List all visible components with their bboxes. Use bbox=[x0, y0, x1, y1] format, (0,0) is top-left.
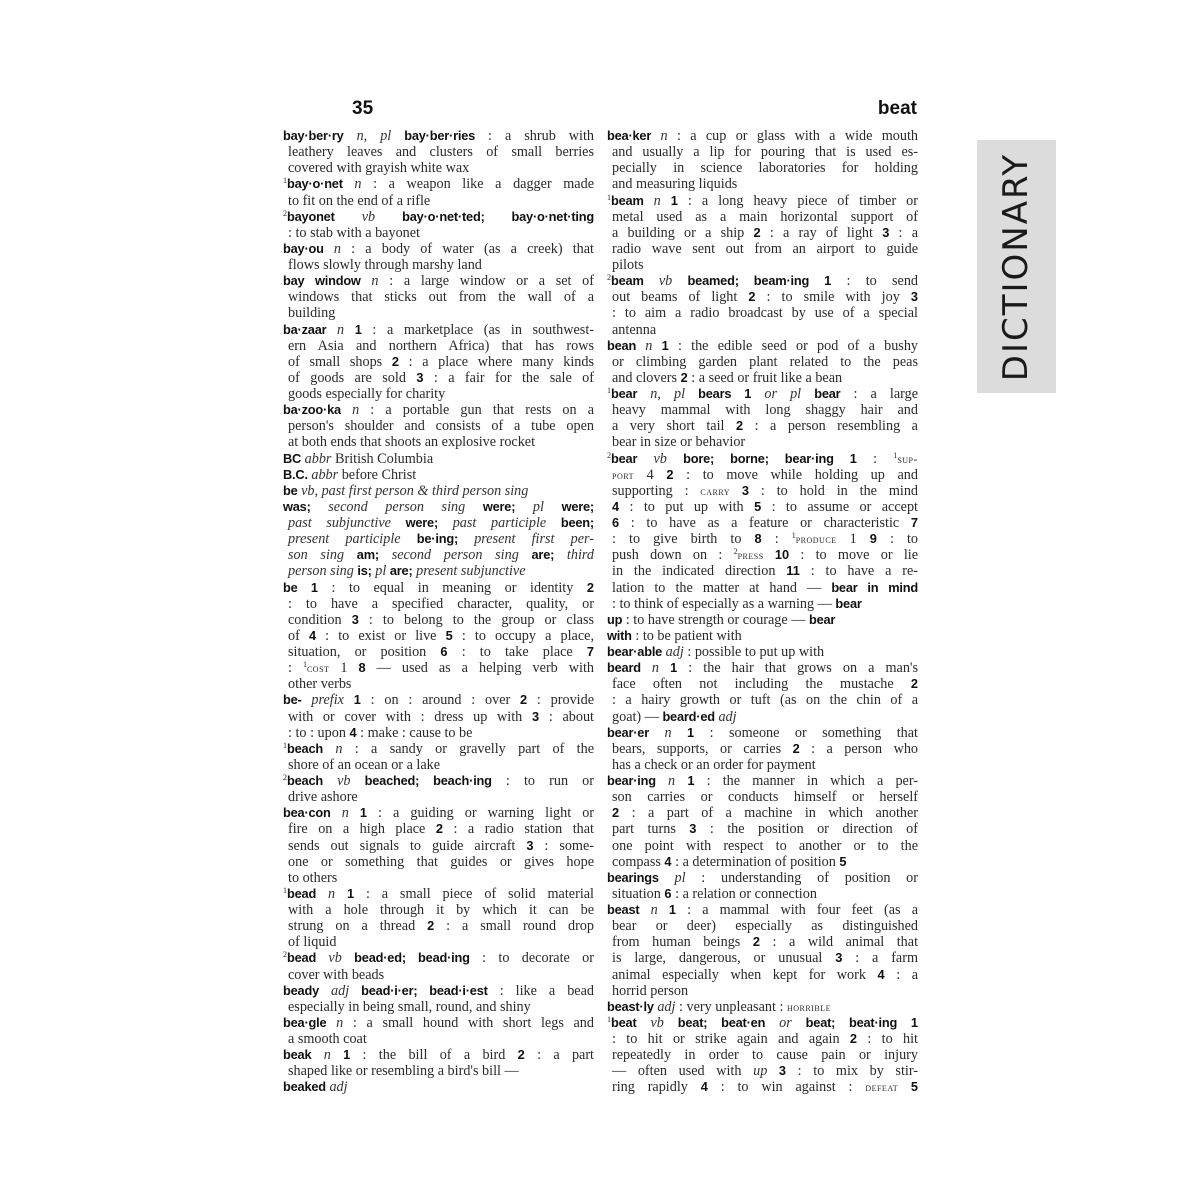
definition-text: : to think of especially as a warning — bbox=[612, 596, 835, 612]
sense-number: 3 bbox=[779, 1063, 786, 1078]
entry-continuation: 6 : to have as a feature or characterist… bbox=[607, 515, 918, 531]
definition-text: : possible to put up with bbox=[684, 644, 824, 660]
part-of-speech: or bbox=[765, 1015, 805, 1031]
definition-text: : a radio station that bbox=[443, 821, 594, 837]
headword: bay·ber·ries bbox=[404, 128, 475, 143]
definition-text: or climbing garden plant related to the … bbox=[612, 354, 918, 370]
definition-text: a building or a ship bbox=[612, 225, 754, 241]
headword: beam bbox=[611, 273, 644, 288]
entry-continuation: lation to the matter at hand — bear in m… bbox=[607, 580, 918, 596]
sense-number: 4 bbox=[309, 628, 316, 643]
definition-text: : a mammal with four feet (as a bbox=[676, 902, 918, 918]
definition-text: of bbox=[288, 628, 309, 644]
part-of-speech: n bbox=[343, 176, 362, 192]
definition-text: : a fair for the sale of bbox=[423, 370, 594, 386]
entry-continuation: and usually a lip for pouring that is us… bbox=[607, 144, 918, 160]
cross-reference: carry bbox=[700, 484, 741, 498]
entry-continuation: : to think of especially as a warning — … bbox=[607, 596, 918, 612]
definition-text: : to stab with a bayonet bbox=[288, 225, 420, 241]
entry-continuation: condition 3 : to belong to the group or … bbox=[283, 612, 594, 628]
headword: beard bbox=[607, 660, 641, 675]
definition-text: strung on a thread bbox=[288, 918, 427, 934]
definition-text: fire on a high place bbox=[288, 821, 436, 837]
headword: BC bbox=[283, 451, 301, 466]
part-of-speech: pl bbox=[372, 563, 390, 579]
entry-continuation: a smooth coat bbox=[283, 1031, 594, 1047]
sense-number: 3 bbox=[911, 289, 918, 304]
part-of-speech: up bbox=[753, 1063, 779, 1079]
headword: bore; borne; bear·ing bbox=[683, 451, 850, 466]
headword: bay window bbox=[283, 273, 361, 288]
definition-text: and clovers bbox=[612, 370, 681, 386]
definition-text: : a bbox=[889, 225, 918, 241]
entry-continuation: bear in size or behavior bbox=[607, 434, 918, 450]
entry-continuation: : to : upon 4 : make : cause to be bbox=[283, 725, 594, 741]
definition-text: : to have a re- bbox=[800, 563, 918, 579]
definition-text: bear in size or behavior bbox=[612, 434, 745, 450]
part-of-speech: abbr bbox=[308, 467, 338, 483]
entry-continuation: pecially in science laboratories for hol… bbox=[607, 160, 918, 176]
headword: bead·ed; bead·ing bbox=[354, 950, 470, 965]
entry-headline: 1beat vb beat; beat·en or beat; beat·ing… bbox=[607, 1015, 918, 1031]
part-of-speech: pl bbox=[515, 499, 561, 515]
entry-continuation: animal especially when kept for work 4 :… bbox=[607, 967, 918, 983]
definition-text: : a guiding or warning light or bbox=[367, 805, 594, 821]
entry-continuation: other verbs bbox=[283, 676, 594, 692]
entry-headline: was; second person sing were; pl were; bbox=[283, 499, 594, 515]
entry-continuation: 2 : a part of a machine in which another bbox=[607, 805, 918, 821]
entry-headline: up : to have strength or courage — bear bbox=[607, 612, 918, 628]
definition-text: : bbox=[857, 451, 893, 467]
entry-continuation: part turns 3 : the position or direction… bbox=[607, 821, 918, 837]
definition-text: situation bbox=[612, 886, 664, 902]
part-of-speech: third bbox=[554, 547, 594, 563]
definition-text: : a small round drop bbox=[434, 918, 594, 934]
entry-headline: bearings pl : understanding of position … bbox=[607, 870, 918, 886]
definition-text: : to exist or live bbox=[316, 628, 446, 644]
part-of-speech: adj bbox=[326, 1079, 348, 1095]
definition-text: and measuring liquids bbox=[612, 176, 737, 192]
definition-text: : to send bbox=[831, 273, 918, 289]
headword: beaked bbox=[283, 1079, 326, 1094]
sense-number: 1 bbox=[360, 805, 367, 820]
definition-text: face often not including the mustache bbox=[612, 676, 911, 692]
entry-continuation: building bbox=[283, 305, 594, 321]
sense-number: 2 bbox=[436, 821, 443, 836]
sense-number: 3 bbox=[742, 483, 749, 498]
entry-headline: bay·ber·ry n, pl bay·ber·ries : a shrub … bbox=[283, 128, 594, 144]
headword: beamed; beam·ing bbox=[688, 273, 825, 288]
definition-text: flows slowly through marshy land bbox=[288, 257, 482, 273]
entry-continuation: one point with respect to another or to … bbox=[607, 838, 918, 854]
headword: bean bbox=[607, 338, 636, 353]
definition-text: building bbox=[288, 305, 335, 321]
definition-text: : a large window or a set of bbox=[379, 273, 594, 289]
entry-headline: bear·ing n 1 : the manner in which a per… bbox=[607, 773, 918, 789]
dictionary-section-tab: DICTIONARY bbox=[977, 140, 1056, 393]
definition-text: : on : around : over bbox=[361, 692, 520, 708]
definition-text: : like a bead bbox=[488, 983, 594, 999]
entry-continuation: port 4 2 : to move while holding up and bbox=[607, 467, 918, 483]
sense-number: 4 bbox=[349, 725, 356, 740]
part-of-speech: second person sing bbox=[379, 547, 532, 563]
definition-text: pecially in science laboratories for hol… bbox=[612, 160, 918, 176]
sense-number: 9 bbox=[870, 531, 877, 546]
entry-continuation: : to aim a radio broadcast by use of a s… bbox=[607, 305, 918, 321]
part-of-speech: n bbox=[323, 741, 342, 757]
sense-number: 2 bbox=[518, 1047, 525, 1062]
part-of-speech: n bbox=[639, 902, 668, 918]
sense-number: 5 bbox=[839, 854, 846, 869]
entry-headline: 2bead vb bead·ed; bead·ing : to decorate… bbox=[283, 950, 594, 966]
entry-continuation: to fit on the end of a rifle bbox=[283, 193, 594, 209]
headword: bead·i·er; bead·i·est bbox=[361, 983, 488, 998]
dictionary-column-left: bay·ber·ry n, pl bay·ber·ries : a shrub … bbox=[283, 128, 594, 1096]
definition-text: : understanding of position or bbox=[686, 870, 918, 886]
entry-continuation: horrid person bbox=[607, 983, 918, 999]
entry-continuation: from human beings 2 : a wild animal that bbox=[607, 934, 918, 950]
part-of-speech: n bbox=[311, 1047, 343, 1063]
part-of-speech: adj bbox=[715, 709, 737, 725]
entry-headline: bea·ker n : a cup or glass with a wide m… bbox=[607, 128, 918, 144]
entry-continuation: bears, supports, or carries 2 : a person… bbox=[607, 741, 918, 757]
entry-continuation: to others bbox=[283, 870, 594, 886]
entry-continuation: heavy mammal with long shaggy hair and bbox=[607, 402, 918, 418]
part-of-speech: vb bbox=[637, 451, 683, 467]
part-of-speech: second person sing bbox=[311, 499, 483, 515]
sense-number: 1 bbox=[662, 338, 669, 353]
entry-continuation: with or cover with : dress up with 3 : a… bbox=[283, 709, 594, 725]
definition-text: horrid person bbox=[612, 983, 688, 999]
part-of-speech: adj bbox=[654, 999, 676, 1015]
entry-continuation: ern Asia and northern Africa) that has r… bbox=[283, 338, 594, 354]
cross-reference: sup- bbox=[897, 452, 918, 466]
headword: bay·o·net bbox=[287, 176, 343, 191]
part-of-speech: or pl bbox=[751, 386, 814, 402]
entry-continuation: in the indicated direction 11 : to have … bbox=[607, 563, 918, 579]
definition-text: is large, dangerous, or unusual bbox=[612, 950, 835, 966]
headword: been; bbox=[561, 515, 594, 530]
entry-continuation: supporting : carry 3 : to hold in the mi… bbox=[607, 483, 918, 499]
definition-text: : a small hound with short legs and bbox=[343, 1015, 594, 1031]
definition-text: from human beings bbox=[612, 934, 753, 950]
definition-text: sends out signals to guide aircraft bbox=[288, 838, 526, 854]
sense-number: 2 bbox=[793, 741, 800, 756]
part-of-speech: son sing bbox=[288, 547, 357, 563]
part-of-speech: n bbox=[656, 773, 687, 789]
definition-text: : to have a specified character, quality… bbox=[288, 596, 594, 612]
entry-continuation: goat) — beard·ed adj bbox=[607, 709, 918, 725]
definition-text: before Christ bbox=[338, 467, 416, 483]
headword: ba·zaar bbox=[283, 322, 326, 337]
cross-reference: press bbox=[738, 548, 775, 562]
definition-text: : a bbox=[885, 967, 918, 983]
definition-text: : a large bbox=[840, 386, 918, 402]
headword: were; bbox=[562, 499, 594, 514]
definition-text: : to move or lie bbox=[789, 547, 918, 563]
definition-text: : the bill of a bird bbox=[350, 1047, 517, 1063]
definition-text: goods especially for charity bbox=[288, 386, 445, 402]
definition-text: : the position or direction of bbox=[696, 821, 918, 837]
definition-text: : a relation or connection bbox=[672, 886, 817, 902]
entry-continuation: present participle be·ing; present first… bbox=[283, 531, 594, 547]
entry-continuation: push down on : 2press 10 : to move or li… bbox=[607, 547, 918, 563]
definition-text: : to be patient with bbox=[632, 628, 742, 644]
entry-continuation: of small shops 2 : a place where many ki… bbox=[283, 354, 594, 370]
dictionary-column-right: bea·ker n : a cup or glass with a wide m… bbox=[607, 128, 918, 1096]
definition-text: especially in being small, round, and sh… bbox=[288, 999, 531, 1015]
entry-headline: B.C. abbr before Christ bbox=[283, 467, 594, 483]
headword: ba·zoo·ka bbox=[283, 402, 341, 417]
entry-headline: beard n 1 : the hair that grows on a man… bbox=[607, 660, 918, 676]
definition-text: person's shoulder and consists of a tube… bbox=[288, 418, 594, 434]
headword: bear·er bbox=[607, 725, 649, 740]
entry-headline: 2beach vb beached; beach·ing : to run or bbox=[283, 773, 594, 789]
part-of-speech: n bbox=[636, 338, 662, 354]
definition-text: : to take place bbox=[448, 644, 587, 660]
definition-text: bears, supports, or carries bbox=[612, 741, 793, 757]
part-of-speech: n, pl bbox=[344, 128, 405, 144]
entry-headline: bay·ou n : a body of water (as a creek) … bbox=[283, 241, 594, 257]
definition-text: covered with grayish white wax bbox=[288, 160, 469, 176]
entry-headline: 1bead n 1 : a small piece of solid mater… bbox=[283, 886, 594, 902]
entry-continuation: of 4 : to exist or live 5 : to occupy a … bbox=[283, 628, 594, 644]
headword: beam bbox=[611, 193, 644, 208]
definition-text: a very short tail bbox=[612, 418, 736, 434]
definition-text: : some- bbox=[533, 838, 594, 854]
headword: beard·ed bbox=[662, 709, 714, 724]
sense-number: 1 bbox=[911, 1015, 918, 1030]
definition-text: : to occupy a place, bbox=[453, 628, 594, 644]
entry-continuation: of goods are sold 3 : a fair for the sal… bbox=[283, 370, 594, 386]
definition-text: : a seed or fruit like a bean bbox=[688, 370, 842, 386]
entry-continuation: has a check or an order for payment bbox=[607, 757, 918, 773]
entry-headline: ba·zaar n 1 : a marketplace (as in south… bbox=[283, 322, 594, 338]
definition-text: radio wave sent out from an airport to g… bbox=[612, 241, 918, 257]
headword: be bbox=[283, 483, 298, 498]
part-of-speech: present subjunctive bbox=[413, 563, 526, 579]
definition-text: : to give birth to bbox=[612, 531, 755, 547]
entry-headline: bean n 1 : the edible seed or pod of a b… bbox=[607, 338, 918, 354]
headword: bear bbox=[835, 596, 861, 611]
sense-number: 2 bbox=[753, 934, 760, 949]
entry-headline: 1beam n 1 : a long heavy piece of timber… bbox=[607, 193, 918, 209]
definition-text: repeatedly in order to cause pain or inj… bbox=[612, 1047, 918, 1063]
entry-continuation: of liquid bbox=[283, 934, 594, 950]
definition-text: supporting : bbox=[612, 483, 700, 499]
part-of-speech: n bbox=[341, 402, 359, 418]
entry-continuation: a building or a ship 2 : a ray of light … bbox=[607, 225, 918, 241]
definition-text: : to smile with joy bbox=[756, 289, 911, 305]
definition-text: : the manner in which a per- bbox=[694, 773, 918, 789]
headword: beast bbox=[607, 902, 639, 917]
headword: be bbox=[283, 580, 311, 595]
entry-headline: 1bear n, pl bears 1 or pl bear : a large bbox=[607, 386, 918, 402]
headword: beady bbox=[283, 983, 319, 998]
definition-text: : a sandy or gravelly part of the bbox=[342, 741, 594, 757]
sense-number: 3 bbox=[352, 612, 359, 627]
definition-text: : a ray of light bbox=[761, 225, 883, 241]
headword: bea·gle bbox=[283, 1015, 326, 1030]
part-of-speech: n bbox=[316, 886, 347, 902]
part-of-speech: vb bbox=[644, 273, 688, 289]
entry-continuation: ring rapidly 4 : to win against : defeat… bbox=[607, 1079, 918, 1095]
part-of-speech: vb bbox=[323, 773, 365, 789]
entry-continuation: antenna bbox=[607, 322, 918, 338]
definition-text: : a wild animal that bbox=[760, 934, 918, 950]
entry-continuation: a very short tail 2 : a person resemblin… bbox=[607, 418, 918, 434]
definition-text: of liquid bbox=[288, 934, 336, 950]
entry-continuation: 4 : to put up with 5 : to assume or acce… bbox=[607, 499, 918, 515]
headword: beached; beach·ing bbox=[365, 773, 492, 788]
sense-number: 7 bbox=[587, 644, 594, 659]
entry-continuation: person's shoulder and consists of a tube… bbox=[283, 418, 594, 434]
definition-text: bear or deer) especially as distinguishe… bbox=[612, 918, 918, 934]
definition-text: shore of an ocean or a lake bbox=[288, 757, 440, 773]
entry-headline: beast·ly adj : very unpleasant : horribl… bbox=[607, 999, 918, 1015]
definition-text: : to equal in meaning or identity bbox=[318, 580, 587, 596]
entry-continuation: sends out signals to guide aircraft 3 : … bbox=[283, 838, 594, 854]
definition-text: : make : cause to be bbox=[357, 725, 473, 741]
sense-number: 1 bbox=[355, 322, 362, 337]
entry-headline: bea·gle n : a small hound with short leg… bbox=[283, 1015, 594, 1031]
part-of-speech: n bbox=[361, 273, 379, 289]
entry-continuation: metal used as a main horizontal support … bbox=[607, 209, 918, 225]
part-of-speech: vb, past first person & third person sin… bbox=[298, 483, 529, 499]
headword: were; bbox=[483, 499, 515, 514]
part-of-speech: n, pl bbox=[637, 386, 698, 402]
part-of-speech: vb bbox=[316, 950, 354, 966]
part-of-speech: n bbox=[326, 322, 354, 338]
cross-reference: defeat bbox=[865, 1080, 911, 1094]
part-of-speech: adj bbox=[662, 644, 684, 660]
guide-word: beat bbox=[878, 98, 917, 120]
definition-text: : to put up with bbox=[619, 499, 754, 515]
entry-headline: bear·able adj : possible to put up with bbox=[607, 644, 918, 660]
definition-text: : a cup or glass with a wide mouth bbox=[668, 128, 918, 144]
definition-text: : a determination of position bbox=[672, 854, 840, 870]
definition-text: : to move while holding up and bbox=[673, 467, 918, 483]
part-of-speech: n bbox=[649, 725, 687, 741]
part-of-speech: n bbox=[641, 660, 670, 676]
entry-continuation: : a hairy growth or tuft (as on the chin… bbox=[607, 692, 918, 708]
definition-text: : provide bbox=[527, 692, 594, 708]
sense-number: 1 bbox=[347, 886, 354, 901]
entry-continuation: drive ashore bbox=[283, 789, 594, 805]
definition-text: : to decorate or bbox=[470, 950, 594, 966]
headword: bear bbox=[814, 386, 840, 401]
definition-text: heavy mammal with long shaggy hair and bbox=[612, 402, 918, 418]
part-of-speech: n bbox=[326, 1015, 343, 1031]
entry-continuation: goods especially for charity bbox=[283, 386, 594, 402]
headword: bear bbox=[611, 386, 637, 401]
entry-continuation: shaped like or resembling a bird's bill … bbox=[283, 1063, 594, 1079]
definition-text: : a shrub with bbox=[475, 128, 594, 144]
definition-text: : to aim a radio broadcast by use of a s… bbox=[612, 305, 918, 321]
sense-number: 5 bbox=[446, 628, 453, 643]
definition-text: : to have strength or courage — bbox=[622, 612, 809, 628]
headword: up bbox=[607, 612, 622, 627]
sense-number: 4 bbox=[878, 967, 885, 982]
definition-text: : someone or something that bbox=[694, 725, 918, 741]
sense-number: 1 bbox=[354, 692, 361, 707]
definition-text: British Columbia bbox=[331, 451, 433, 467]
definition-text: : to bbox=[877, 531, 918, 547]
part-of-speech: person sing bbox=[288, 563, 357, 579]
entry-continuation: cover with beads bbox=[283, 967, 594, 983]
entry-headline: 2bayonet vb bay·o·net·ted; bay·o·net·tin… bbox=[283, 209, 594, 225]
definition-text: ring rapidly bbox=[612, 1079, 701, 1095]
sense-number: 2 bbox=[587, 580, 594, 595]
entry-continuation: : to have a specified character, quality… bbox=[283, 596, 594, 612]
entry-continuation: : 1cost 1 8 — used as a helping verb wit… bbox=[283, 660, 594, 676]
definition-text: : to belong to the group or class bbox=[359, 612, 594, 628]
sense-number: 8 bbox=[755, 531, 762, 546]
entry-headline: be- prefix 1 : on : around : over 2 : pr… bbox=[283, 692, 594, 708]
definition-text: a smooth coat bbox=[288, 1031, 367, 1047]
headword: bear bbox=[809, 612, 835, 627]
headword: beast·ly bbox=[607, 999, 654, 1014]
sense-number: 2 bbox=[392, 354, 399, 369]
entry-headline: be 1 : to equal in meaning or identity 2 bbox=[283, 580, 594, 596]
headword: bead bbox=[287, 950, 316, 965]
definition-text: : to : upon bbox=[288, 725, 349, 741]
headword: bayonet bbox=[287, 209, 335, 224]
entry-continuation: windows that sticks out from the wall of… bbox=[283, 289, 594, 305]
part-of-speech: vb bbox=[335, 209, 402, 225]
headword: be·ing; bbox=[417, 531, 458, 546]
sense-number: 1 bbox=[669, 902, 676, 917]
definition-text: : a person who bbox=[800, 741, 918, 757]
headword: beach bbox=[287, 741, 323, 756]
headword: bears bbox=[698, 386, 744, 401]
part-of-speech: present participle bbox=[288, 531, 417, 547]
definition-text: and usually a lip for pouring that is us… bbox=[612, 144, 918, 160]
entry-headline: 1bay·o·net n : a weapon like a dagger ma… bbox=[283, 176, 594, 192]
sense-number: 2 bbox=[911, 676, 918, 691]
definition-text: other verbs bbox=[288, 676, 351, 692]
entry-continuation: bear or deer) especially as distinguishe… bbox=[607, 918, 918, 934]
entry-continuation: shore of an ocean or a lake bbox=[283, 757, 594, 773]
headword: were; bbox=[406, 515, 438, 530]
definition-text: situation, or position bbox=[288, 644, 440, 660]
definition-text: 1 bbox=[837, 531, 870, 547]
definition-text: with a hole through it by which it can b… bbox=[288, 902, 594, 918]
definition-text: : a portable gun that rests on a bbox=[359, 402, 594, 418]
definition-text: condition bbox=[288, 612, 352, 628]
sense-number: 1 bbox=[671, 193, 678, 208]
entry-continuation: : to stab with a bayonet bbox=[283, 225, 594, 241]
definition-text: one point with respect to another or to … bbox=[612, 838, 918, 854]
sense-number: 2 bbox=[850, 1031, 857, 1046]
headword: are; bbox=[532, 547, 555, 562]
definition-text: drive ashore bbox=[288, 789, 358, 805]
headword: beat bbox=[611, 1015, 637, 1030]
entry-continuation: or climbing garden plant related to the … bbox=[607, 354, 918, 370]
definition-text: antenna bbox=[612, 322, 656, 338]
part-of-speech: n bbox=[324, 241, 341, 257]
headword: bead bbox=[287, 886, 316, 901]
headword: bear bbox=[611, 451, 637, 466]
part-of-speech: abbr bbox=[301, 451, 331, 467]
definition-text: of goods are sold bbox=[288, 370, 416, 386]
definition-text: goat) — bbox=[612, 709, 662, 725]
definition-text: has a check or an order for payment bbox=[612, 757, 816, 773]
sense-number: 4 bbox=[664, 854, 671, 869]
part-of-speech: pl bbox=[659, 870, 686, 886]
definition-text: : to mix by stir- bbox=[786, 1063, 918, 1079]
entry-headline: beaked adj bbox=[283, 1079, 594, 1095]
